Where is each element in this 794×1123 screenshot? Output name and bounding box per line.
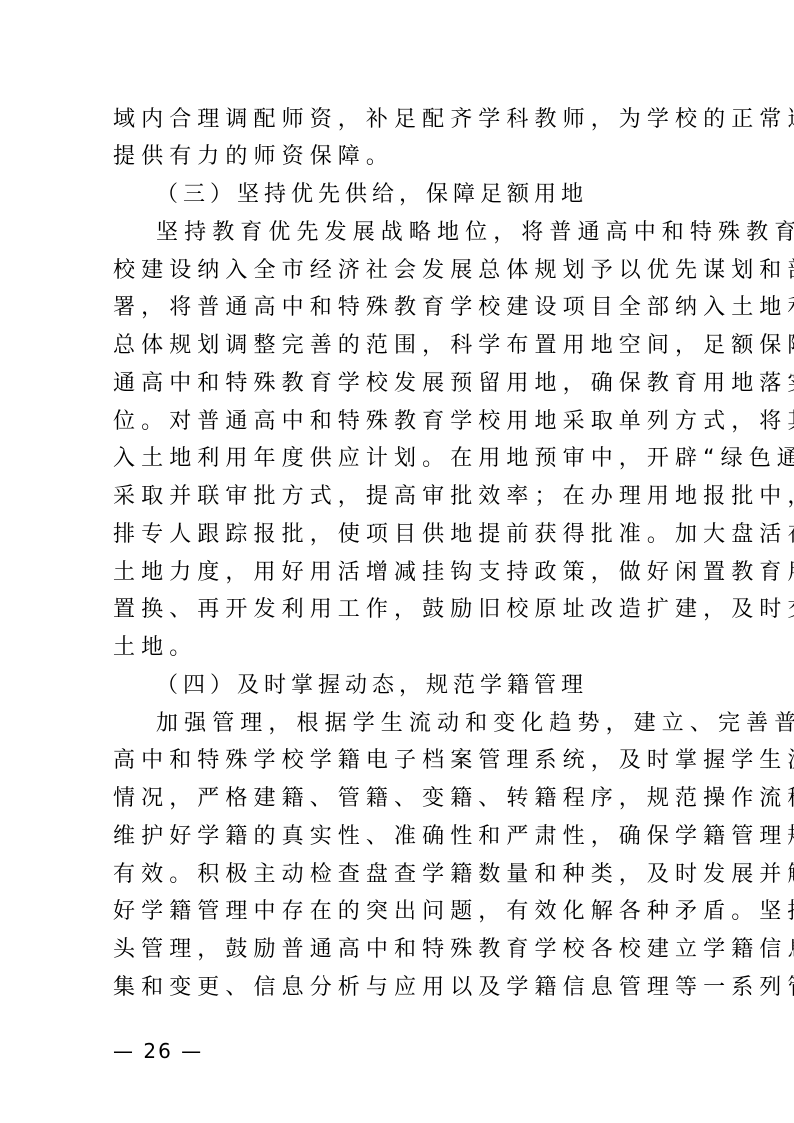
paragraph-first-line: 坚持教育优先发展战略地位，将普通高中和特殊教育学 bbox=[156, 218, 675, 248]
body-line: 头管理，鼓励普通高中和特殊教育学校各校建立学籍信息采 bbox=[113, 935, 675, 965]
document-page: 域内合理调配师资，补足配齐学科教师，为学校的正常运转 提供有力的师资保障。 （三… bbox=[0, 0, 794, 1123]
body-line: 有效。积极主动检查盘查学籍数量和种类，及时发展并解决 bbox=[113, 860, 675, 890]
body-line: 维护好学籍的真实性、准确性和严肃性，确保学籍管理规范 bbox=[113, 822, 675, 852]
body-line: 入土地利用年度供应计划。在用地预审中，开辟“绿色通道”， bbox=[113, 444, 675, 474]
body-line: 署，将普通高中和特殊教育学校建设项目全部纳入土地利用 bbox=[113, 293, 675, 323]
section-heading-4: （四）及时掌握动态，规范学籍管理 bbox=[156, 671, 588, 701]
body-line: 情况，严格建籍、管籍、变籍、转籍程序，规范操作流程， bbox=[113, 784, 675, 814]
body-line: 采取并联审批方式，提高审批效率；在办理用地报批中，安 bbox=[113, 482, 675, 512]
body-line: 置换、再开发利用工作，鼓励旧校原址改造扩建，及时交付 bbox=[113, 595, 675, 625]
body-line: 通高中和特殊教育学校发展预留用地，确保教育用地落实到 bbox=[113, 369, 675, 399]
body-line: 土地。 bbox=[113, 633, 675, 663]
body-line: 集和变更、信息分析与应用以及学籍信息管理等一系列管理 bbox=[113, 973, 675, 1003]
body-line: 位。对普通高中和特殊教育学校用地采取单列方式，将其纳 bbox=[113, 407, 675, 437]
paragraph-first-line: 加强管理，根据学生流动和变化趋势，建立、完善普通 bbox=[156, 709, 675, 739]
body-line: 总体规划调整完善的范围，科学布置用地空间，足额保障普 bbox=[113, 331, 675, 361]
section-heading-3: （三）坚持优先供给，保障足额用地 bbox=[156, 180, 588, 210]
body-line: 好学籍管理中存在的突出问题，有效化解各种矛盾。坚持源 bbox=[113, 897, 675, 927]
body-line: 高中和特殊学校学籍电子档案管理系统，及时掌握学生流动 bbox=[113, 746, 675, 776]
body-line: 排专人跟踪报批，使项目供地提前获得批准。加大盘活存量 bbox=[113, 520, 675, 550]
page-number: — 26 — bbox=[113, 1037, 203, 1065]
body-line: 土地力度，用好用活增减挂钩支持政策，做好闲置教育用地 bbox=[113, 558, 675, 588]
body-line: 校建设纳入全市经济社会发展总体规划予以优先谋划和部 bbox=[113, 256, 675, 286]
body-line: 域内合理调配师资，补足配齐学科教师，为学校的正常运转 bbox=[113, 105, 675, 135]
body-line: 提供有力的师资保障。 bbox=[113, 142, 675, 172]
